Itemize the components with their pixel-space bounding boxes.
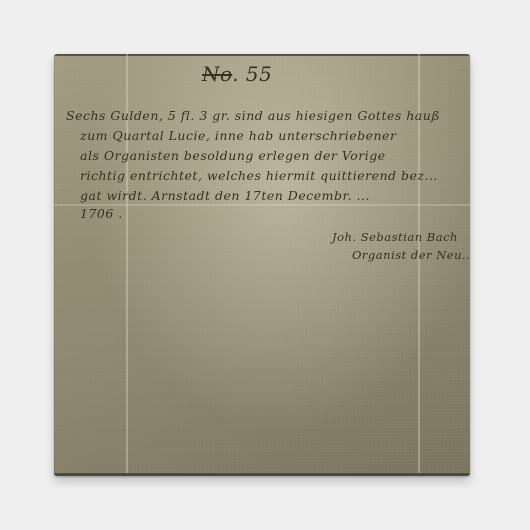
number-value: . 55 <box>232 62 272 86</box>
document-tile: No. 55 Sechs Gulden, 5 fl. 3 gr. sind au… <box>54 54 470 476</box>
struck-label: No <box>202 62 232 86</box>
document-number: No. 55 <box>202 62 272 86</box>
signature-name: Joh. Sebastian Bach <box>332 230 458 244</box>
manuscript-line: Sechs Gulden, 5 fl. 3 gr. sind aus hiesi… <box>66 108 440 123</box>
manuscript-line: zum Quartal Lucie, inne hab unterschrieb… <box>80 128 396 143</box>
signature-title: Organist der Neu... <box>352 248 470 262</box>
tile-bottom-edge <box>54 473 470 476</box>
manuscript-line: richtig entrichtet, welches hiermit quit… <box>80 168 438 183</box>
manuscript-date: 1706 . <box>80 206 123 221</box>
manuscript-line: gat wirdt. Arnstadt den 17ten Decembr. .… <box>80 188 370 203</box>
tile-top-edge <box>54 54 470 56</box>
manuscript-line: als Organisten besoldung erlegen der Vor… <box>80 148 386 163</box>
